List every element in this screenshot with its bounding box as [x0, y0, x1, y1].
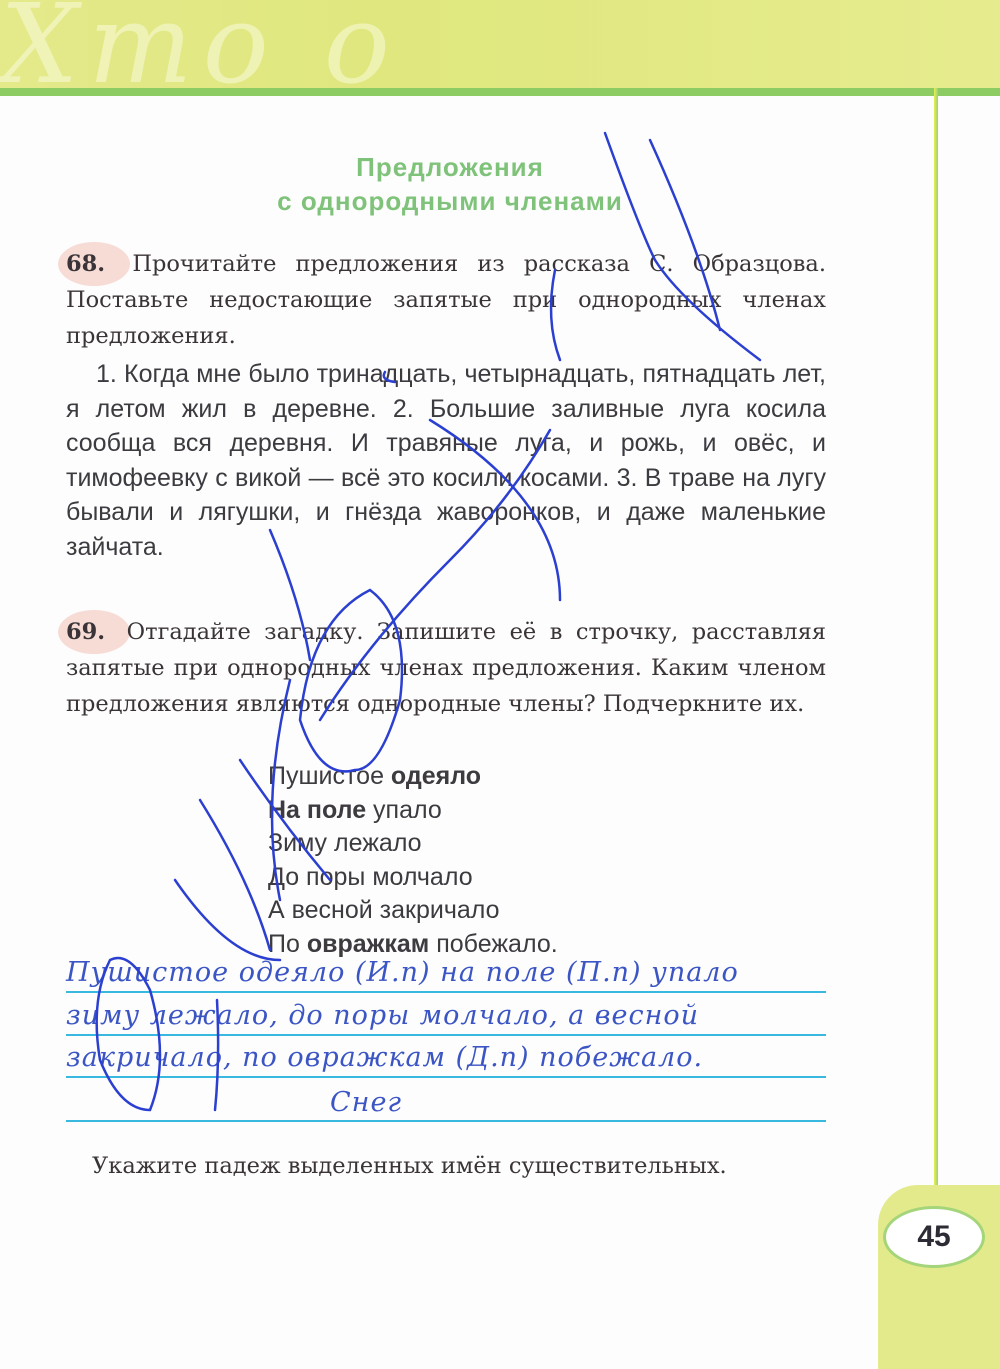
- task-number-badge: 69.: [66, 614, 105, 650]
- task-68-instruction: 68. Прочитайте предложения из рассказа С…: [66, 246, 826, 354]
- handwritten-answer-line: закричало, по овражкам (Д.п) побежало.: [66, 1042, 836, 1073]
- task-68-exercise: 1. Когда мне было тринадцать, четырнадца…: [66, 357, 826, 564]
- task-69-instruction: 69. Отгадайте загадку. Запишите её в стр…: [66, 614, 826, 722]
- margin-rule: [934, 88, 938, 1198]
- section-title-line2: с однородными членами: [200, 184, 700, 218]
- section-title: Предложения с однородными членами: [200, 150, 700, 218]
- header-stripe: [0, 88, 1000, 96]
- poem-line: До поры молчало: [268, 861, 558, 895]
- header-decoration: Хто о: [0, 0, 600, 88]
- handwritten-answer-line: зиму лежало, до поры молчало, а весной: [66, 1000, 836, 1031]
- header-band: Хто о: [0, 0, 1000, 88]
- task-69-text: Отгадайте загадку. Запишите её в строчку…: [66, 619, 826, 717]
- section-title-line1: Предложения: [200, 150, 700, 184]
- handwritten-answer-line: Пушистое одеяло (И.п) на поле (П.п) упал…: [66, 957, 836, 988]
- case-question: Укажите падеж выделенных имён существите…: [66, 1148, 826, 1184]
- answer-line-3[interactable]: [66, 1076, 826, 1078]
- poem-line: А весной закричало: [268, 894, 558, 928]
- answer-line-4[interactable]: [66, 1120, 826, 1122]
- poem-line: По овражкам побежало.: [268, 928, 558, 962]
- answer-line-1[interactable]: [66, 991, 826, 993]
- poem-line: Пушистое одеяло: [268, 760, 558, 794]
- riddle-poem: Пушистое одеяло На поле упало Зиму лежал…: [268, 760, 558, 961]
- page-number: 45: [883, 1206, 985, 1268]
- answer-line-2[interactable]: [66, 1034, 826, 1036]
- handwritten-riddle-answer: Снег: [330, 1087, 402, 1118]
- task-68-text: Прочитайте предложения из рассказа С. Об…: [66, 251, 826, 349]
- poem-line: Зиму лежало: [268, 827, 558, 861]
- poem-line: На поле упало: [268, 794, 558, 828]
- task-number-badge: 68.: [66, 246, 105, 282]
